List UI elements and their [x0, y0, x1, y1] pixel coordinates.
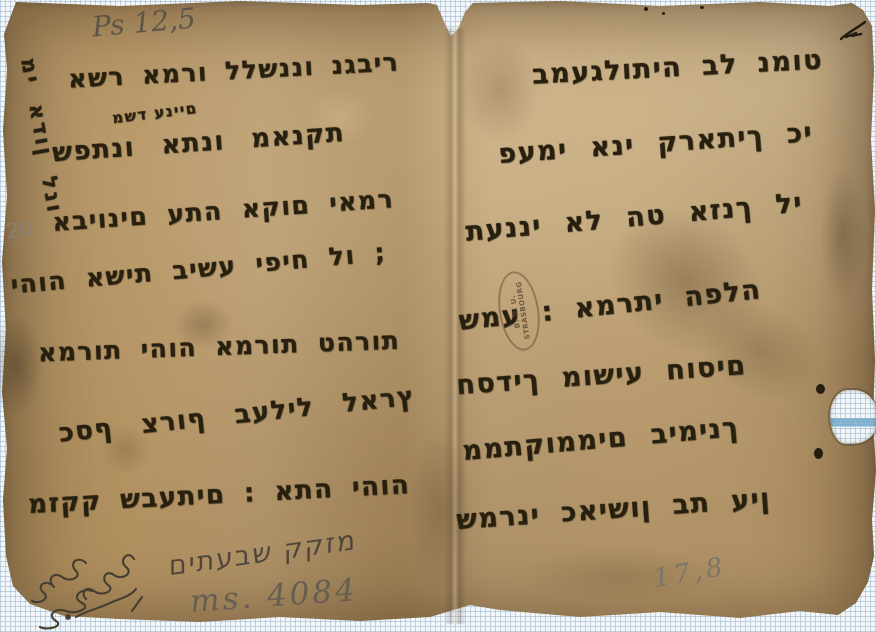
ink-speck	[662, 12, 665, 15]
library-stamp-text: B. N. U. STRASBOURG	[507, 281, 532, 342]
ink-speck	[644, 7, 648, 11]
pencil-scribble	[16, 545, 166, 630]
pencil-margin-number: 20	[4, 216, 34, 243]
manuscript-paper	[0, 0, 876, 632]
ink-speck	[814, 448, 823, 459]
ink-speck	[816, 384, 825, 394]
ink-speck	[700, 6, 704, 9]
paper-hole	[830, 390, 876, 444]
ink-flourish	[838, 20, 868, 42]
scanned-manuscript: Ps 12,5 מי אדון לנו 20 אשר אמרו ללשננו נ…	[0, 0, 876, 632]
